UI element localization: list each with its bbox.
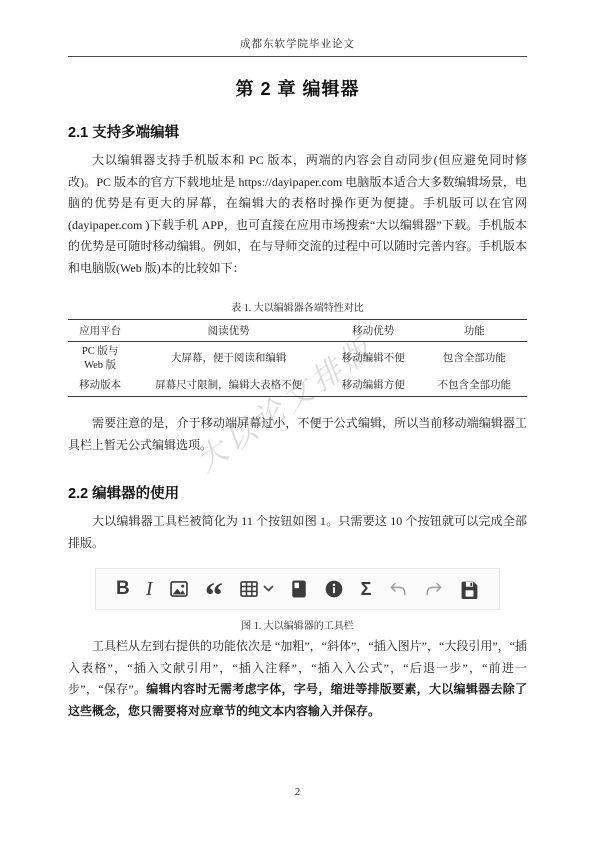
bold-icon: B (116, 575, 130, 603)
table-row: PC 版与 Web 版 大屏幕，便于阅读和编辑 移动编辑不便 包含全部功能 (68, 342, 527, 377)
table-caption: 表 1. 大以编辑器各端特性对比 (68, 299, 527, 314)
table-cell: 不包含全部功能 (421, 376, 527, 397)
table-cell: 移动编辑方便 (325, 376, 421, 397)
redo-icon (424, 575, 444, 603)
sigma-formula-icon: Σ (361, 575, 372, 603)
table-cell: 大屏幕，便于阅读和编辑 (132, 342, 325, 377)
table-header-platform: 应用平台 (68, 320, 132, 342)
running-header: 成都东软学院毕业论文 (68, 0, 527, 51)
table-insert-group (239, 575, 274, 603)
paragraph-formula-note: 需要注意的是，介于移动端屏幕过小，不便于公式编辑，所以当前移动端编辑器工具栏上暂… (68, 413, 527, 456)
undo-icon (388, 575, 408, 603)
table-header-reading: 阅读优势 (132, 320, 325, 342)
comparison-table: 应用平台 阅读优势 移动优势 功能 PC 版与 Web 版 大屏幕，便于阅读和编… (68, 319, 527, 397)
table-cell: 包含全部功能 (421, 342, 527, 377)
paragraph-toolbar-functions: 工具栏从左到右提供的功能依次是 “加粗”，“斜体”，“插入图片”，“大段引用”，… (68, 636, 527, 722)
paragraph-toolbar-intro: 大以编辑器工具栏被简化为 11 个按钮如图 1。只需要这 10 个按钮就可以完成… (68, 511, 527, 554)
paragraph-multi-device: 大以编辑器支持手机版本和 PC 版本，两端的内容会自动同步(但应避免同时修改)。… (68, 150, 527, 279)
chevron-down-icon (263, 575, 274, 603)
document-page: 大以论文排版 成都东软学院毕业论文 第 2 章 编辑器 2.1 支持多端编辑 大… (0, 0, 595, 842)
image-icon (169, 575, 189, 603)
table-cell: PC 版与 Web 版 (68, 342, 132, 377)
section-heading-2-2: 2.2 编辑器的使用 (68, 482, 527, 503)
table-cell: 屏幕尺寸限制，编辑大表格不便 (132, 376, 325, 397)
italic-icon: I (146, 575, 153, 603)
toolbar-figure: B I “ (95, 568, 500, 610)
table-row: 移动版本 屏幕尺寸限制，编辑大表格不便 移动编辑方便 不包含全部功能 (68, 376, 527, 397)
table-header-features: 功能 (421, 320, 527, 342)
quote-icon: “ (205, 578, 223, 600)
section-heading-2-1: 2.1 支持多端编辑 (68, 121, 527, 142)
page-content: 成都东软学院毕业论文 第 2 章 编辑器 2.1 支持多端编辑 大以编辑器支持手… (0, 0, 595, 722)
figure-caption: 图 1. 大以编辑器的工具栏 (68, 617, 527, 632)
save-icon (460, 575, 479, 603)
info-icon (324, 575, 344, 603)
table-cell: 移动编辑不便 (325, 342, 421, 377)
table-header-row: 应用平台 阅读优势 移动优势 功能 (68, 320, 527, 342)
page-number: 2 (0, 787, 595, 798)
header-rule (68, 56, 527, 57)
table-icon (239, 575, 259, 603)
book-citation-icon (290, 575, 308, 603)
table-cell: 移动版本 (68, 376, 132, 397)
chapter-title: 第 2 章 编辑器 (68, 75, 527, 101)
table-header-mobility: 移动优势 (325, 320, 421, 342)
